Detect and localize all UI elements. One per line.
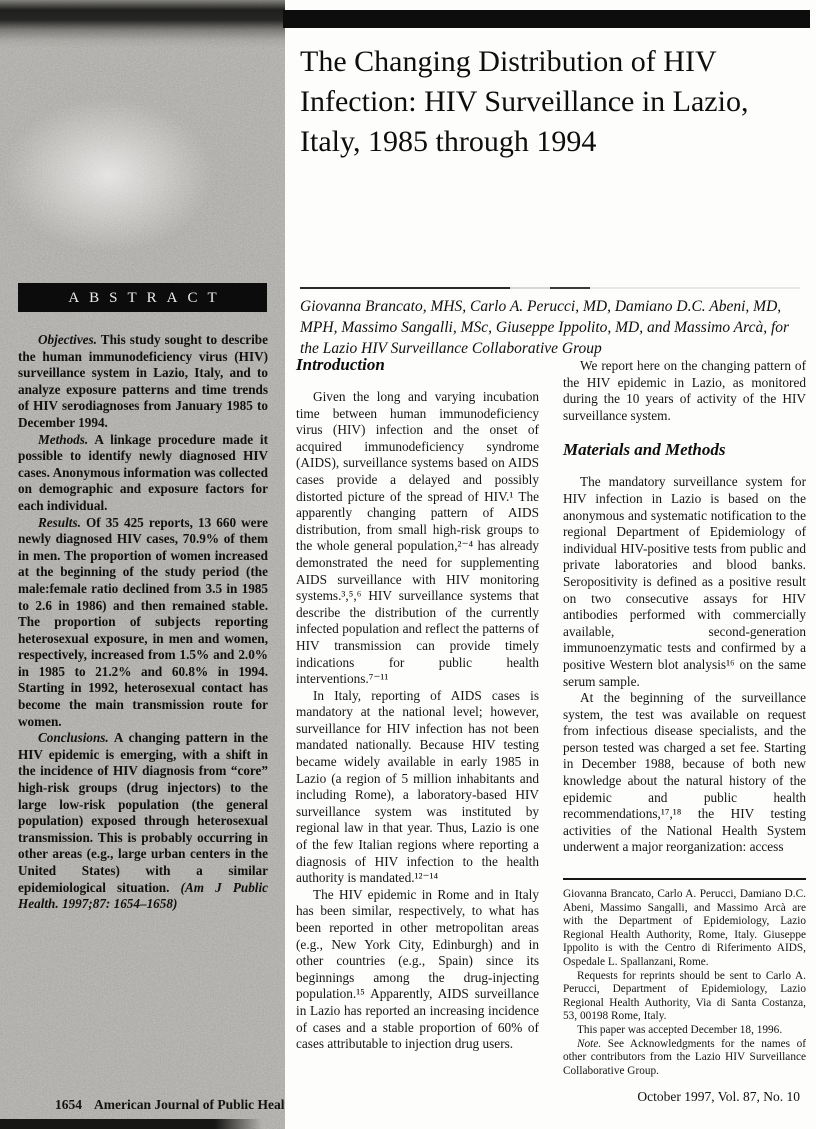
introduction-paragraph-3: The HIV epidemic in Rome and in Italy ha…	[296, 887, 539, 1053]
scan-top-dark-edge	[0, 0, 285, 48]
footnote-note-lead: Note.	[577, 1038, 601, 1050]
author-footnote-block: Giovanna Brancato, Carlo A. Perucci, Dam…	[563, 878, 806, 1078]
authors-rule	[300, 287, 800, 289]
abstract-results: Results. Of 35 425 reports, 13 660 were …	[18, 515, 268, 731]
abstract-conclusions-lead: Conclusions.	[38, 730, 109, 745]
authors-byline: Giovanna Brancato, MHS, Carlo A. Perucci…	[300, 296, 805, 359]
abstract-results-lead: Results.	[38, 515, 81, 530]
abstract-objectives-lead: Objectives.	[38, 332, 97, 347]
abstract-methods-lead: Methods.	[38, 432, 88, 447]
introduction-paragraph-2: In Italy, reporting of AIDS cases is man…	[296, 688, 539, 887]
footnote-accepted: This paper was accepted December 18, 199…	[563, 1024, 806, 1038]
abstract-header-label: ABSTRACT	[68, 290, 226, 306]
masthead-black-bar	[283, 10, 810, 28]
footnote-note: Note. See Acknowledgments for the names …	[563, 1038, 806, 1079]
column-methods: We report here on the changing pattern o…	[563, 355, 806, 1078]
methods-paragraph-2: At the beginning of the surveillance sys…	[563, 690, 806, 856]
article-title: The Changing Distribution of HIV Infecti…	[300, 42, 808, 162]
footnote-reprints: Requests for reprints should be sent to …	[563, 970, 806, 1024]
journal-name: American Journal of Public Health	[94, 1097, 285, 1112]
methods-paragraph-1: The mandatory surveillance system for HI…	[563, 474, 806, 690]
introduction-paragraph-1: Given the long and varying incubation ti…	[296, 389, 539, 688]
page-footer-right: October 1997, Vol. 87, No. 10	[637, 1089, 800, 1105]
abstract-header-band: ABSTRACT	[18, 283, 267, 312]
scan-bottom-dark-strip	[0, 1119, 262, 1129]
intro-continuation-paragraph: We report here on the changing pattern o…	[563, 355, 806, 424]
footnote-affiliations: Giovanna Brancato, Carlo A. Perucci, Dam…	[563, 888, 806, 970]
section-heading-introduction: Introduction	[296, 355, 539, 375]
page-footer-left: 1654American Journal of Public Health	[55, 1097, 285, 1113]
article-body: Introduction Given the long and varying …	[296, 355, 806, 1078]
abstract-text-block: Objectives. This study sought to describ…	[18, 332, 268, 913]
abstract-conclusions: Conclusions. A changing pattern in the H…	[18, 730, 268, 913]
abstract-methods: Methods. A linkage procedure made it pos…	[18, 432, 268, 515]
scan-texture-band: ABSTRACT Objectives. This study sought t…	[0, 0, 285, 1129]
section-heading-materials-methods: Materials and Methods	[563, 440, 806, 460]
column-introduction: Introduction Given the long and varying …	[296, 355, 539, 1078]
abstract-objectives: Objectives. This study sought to describ…	[18, 332, 268, 432]
page-number: 1654	[55, 1097, 82, 1112]
journal-page-scan: ABSTRACT Objectives. This study sought t…	[0, 0, 816, 1129]
